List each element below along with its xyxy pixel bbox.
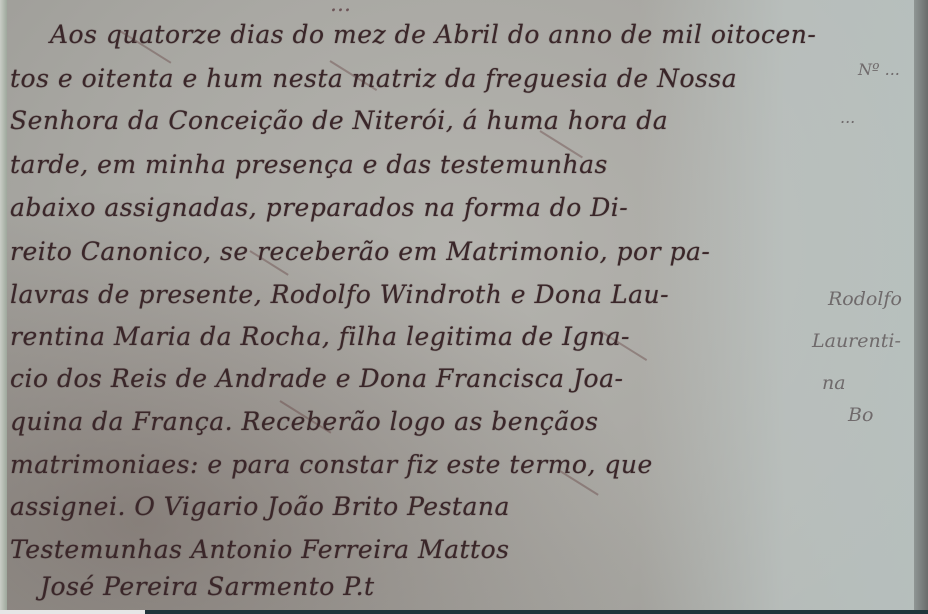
right-page-edge <box>914 0 928 614</box>
text-line-3: Senhora da Conceição de Niterói, á huma … <box>10 106 668 135</box>
margin-note-top-1: Nº ... <box>858 60 900 79</box>
text-line-1: Aos quatorze dias do mez de Abril do ann… <box>50 20 816 49</box>
text-line-2: tos e oitenta e hum nesta matriz da freg… <box>10 64 737 93</box>
margin-note-na: na <box>822 372 846 394</box>
text-line-8: rentina Maria da Rocha, filha legitima d… <box>10 322 630 351</box>
bottom-edge-strip <box>0 610 928 614</box>
left-page-edge <box>0 0 7 614</box>
text-line-12: assignei. O Vigario João Brito Pestana <box>10 492 510 521</box>
text-line-4: tarde, em minha presença e das testemunh… <box>10 150 608 179</box>
text-line-10: quina da França. Receberão logo as bençã… <box>10 407 599 436</box>
manuscript-page: ... Aos quatorze dias do mez de Abril do… <box>0 0 928 614</box>
margin-note-bo: Bo <box>848 404 873 426</box>
margin-note-laurenti: Laurenti- <box>812 330 901 352</box>
text-line-11: matrimoniaes: e para constar fiz este te… <box>10 450 653 479</box>
margin-note-rodolfo: Rodolfo <box>828 288 902 310</box>
margin-note-top-2: ... <box>840 108 855 127</box>
text-line-9: cio dos Reis de Andrade e Dona Francisca… <box>10 364 623 393</box>
header-fragment: ... <box>330 0 351 17</box>
text-line-5: abaixo assignadas, preparados na forma d… <box>10 193 628 222</box>
text-line-6: reito Canonico, se receberão em Matrimon… <box>10 237 710 266</box>
text-line-7: lavras de presente, Rodolfo Windroth e D… <box>10 280 669 309</box>
text-line-14: José Pereira Sarmento P.t <box>40 572 375 601</box>
text-line-13: Testemunhas Antonio Ferreira Mattos <box>10 535 509 564</box>
